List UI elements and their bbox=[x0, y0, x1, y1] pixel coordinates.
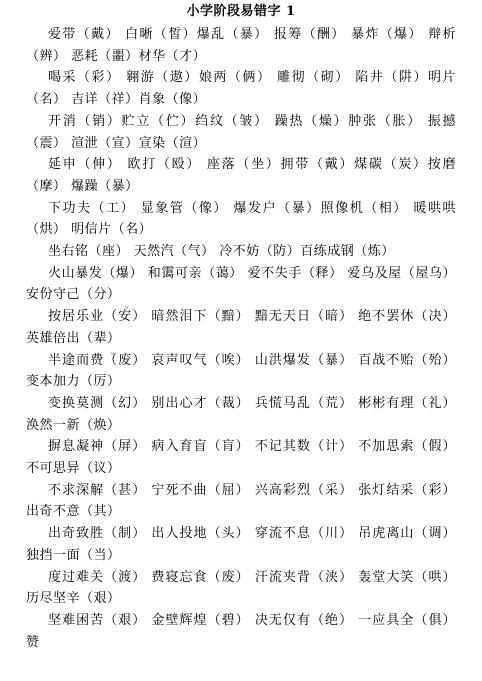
entry-paragraph: 摒息凝神（屏） 病入育盲（肓） 不记其数（计） 不加思索（假） 不可思异（议） bbox=[0, 436, 482, 479]
entry-paragraph: 出奇致胜（制） 出人投地（头） 穿流不息（川） 吊虎离山（调） 独挡一面（当） bbox=[0, 523, 482, 566]
entry-paragraph: 开消（销）贮立（伫）绉纹（皱） 躁热（燥）肿张（胀） 振撼（震） 渲泄（宣）宣染… bbox=[0, 111, 482, 154]
entry-paragraph: 坚难困苦（艰） 金壁辉煌（碧） 决无仅有（绝） 一应具全（俱） 赞 bbox=[0, 610, 482, 653]
document-page: 小学阶段易错字 1 爱带（戴） 白晰（皙）爆乱（暴） 报筹（酬） 暴炸（爆） 辩… bbox=[0, 0, 482, 681]
entry-paragraph: 变换莫测（幻） 别出心才（裁） 兵慌马乱（荒） 彬彬有理（礼） 涣然一新（焕） bbox=[0, 393, 482, 436]
entry-paragraph: 火山暴发（爆） 和霭可亲（蔼） 爱不失手（释） 爱乌及屋（屋乌）安份守己（分） bbox=[0, 263, 482, 306]
entry-paragraph: 喝采（彩） 翱游（遨）娘两（俩） 雕彻（砌） 陷井（阱）明片（名） 吉详（祥）肖… bbox=[0, 67, 482, 110]
entry-paragraph: 爱带（戴） 白晰（皙）爆乱（暴） 报筹（酬） 暴炸（爆） 辩析（辨） 恶耗（噩）… bbox=[0, 24, 482, 67]
entry-paragraph: 延申（伸） 欧打（殴） 座落（坐）拥带（戴）煤碳（炭）按磨（摩） 爆躁（暴） bbox=[0, 154, 482, 197]
entry-paragraph: 下功夫（工） 显象管（像） 爆发户（暴）照像机（相） 暖哄哄（烘） 明信片（名） bbox=[0, 198, 482, 241]
entry-paragraph: 坐右铭（座） 天然汽（气） 冷不妨（防）百练成钢（炼） bbox=[0, 241, 482, 263]
entry-paragraph: 按居乐业（安） 暗然泪下（黯） 黯无天日（暗） 绝不罢休（决） 英雄倍出（辈） bbox=[0, 306, 482, 349]
page-title: 小学阶段易错字 1 bbox=[0, 0, 482, 22]
entry-paragraph: 度过难关（渡） 费寝忘食（废） 汗流夹背（浃） 轰堂大笑（哄） 历尽坚辛（艰） bbox=[0, 567, 482, 610]
entry-paragraph: 不求深解（甚） 宁死不曲（屈） 兴高彩烈（采） 张灯结采（彩） 出奇不意（其） bbox=[0, 480, 482, 523]
word-list: 爱带（戴） 白晰（皙）爆乱（暴） 报筹（酬） 暴炸（爆） 辩析（辨） 恶耗（噩）… bbox=[0, 22, 482, 653]
entry-paragraph: 半途而费（废） 哀声叹气（唉） 山洪爆发（暴） 百战不贻（殆） 变本加力（厉） bbox=[0, 350, 482, 393]
